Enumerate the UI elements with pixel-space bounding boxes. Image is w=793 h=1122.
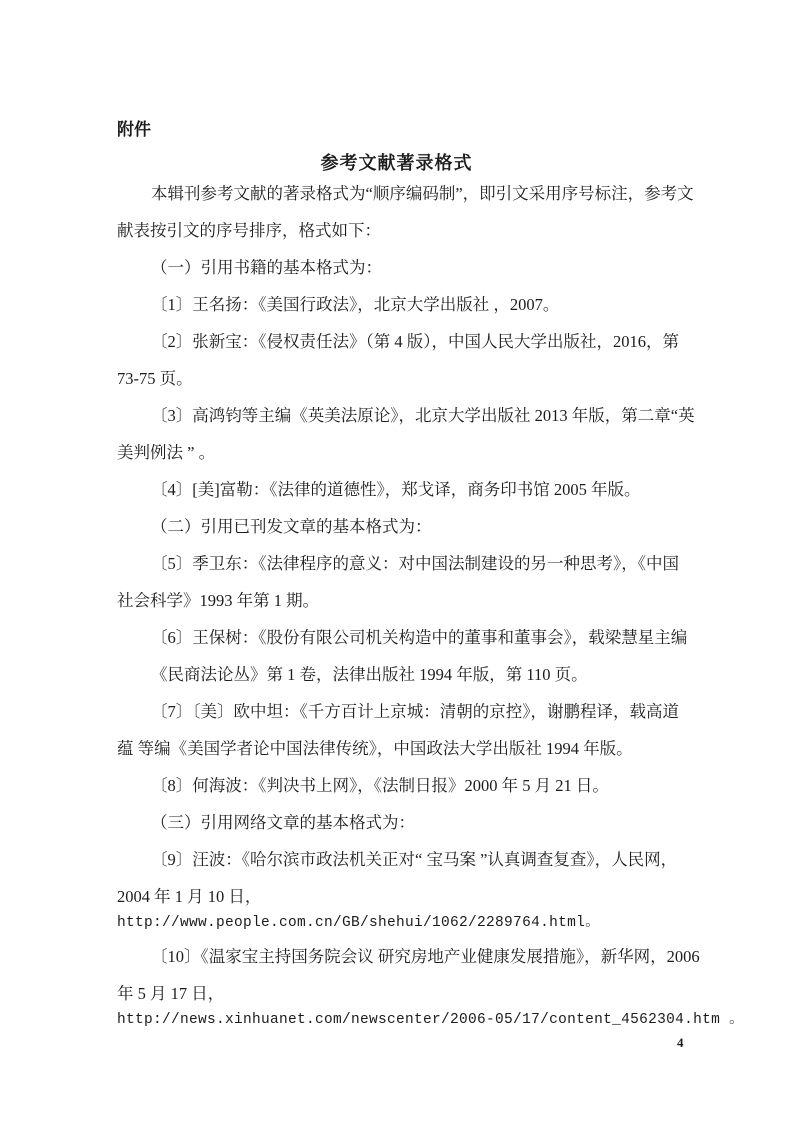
document-line: 本辑刊参考文献的著录格式为“顺序编码制”，即引文采用序号标注，参考文 <box>117 175 683 212</box>
document-line: 蕴 等编《美国学者论中国法律传统》，中国政法大学出版社 1994 年版。 <box>117 730 683 767</box>
document-line: 73-75 页。 <box>117 360 683 397</box>
url-text: http://www.people.com.cn/GB/shehui/1062/… <box>117 908 683 938</box>
document-line: 美判例法 ” 。 <box>117 434 683 471</box>
document-line: （一）引用书籍的基本格式为： <box>117 249 683 286</box>
url-text: http://news.xinhuanet.com/newscenter/200… <box>117 1005 683 1035</box>
document-line: 〔1〕王名扬：《美国行政法》，北京大学出版社 ，2007。 <box>117 286 683 323</box>
document-body: 本辑刊参考文献的著录格式为“顺序编码制”，即引文采用序号标注，参考文献表按引文的… <box>117 175 683 1035</box>
document-page: 附件 参考文献著录格式 本辑刊参考文献的著录格式为“顺序编码制”，即引文采用序号… <box>0 0 793 1122</box>
attachment-label: 附件 <box>117 118 151 142</box>
document-line: 〔2〕张新宝：《侵权责任法》（第 4 版），中国人民大学出版社，2016，第 <box>117 323 683 360</box>
document-title: 参考文献著录格式 <box>0 151 793 175</box>
document-line: 〔8〕何海波：《判决书上网》，《法制日报》2000 年 5 月 21 日。 <box>117 767 683 804</box>
document-line: 社会科学》1993 年第 1 期。 <box>117 582 683 619</box>
document-line: 〔10〕《温家宝主持国务院会议 研究房地产业健康发展措施》，新华网，2006 <box>117 938 683 975</box>
page-number: 4 <box>677 1033 684 1053</box>
document-line: （三）引用网络文章的基本格式为： <box>117 804 683 841</box>
document-line: 〔6〕王保树：《股份有限公司机关构造中的董事和董事会》，载梁慧星主编 <box>117 619 683 656</box>
document-line: 〔7〕〔美〕欧中坦：《千方百计上京城：清朝的京控》，谢鹏程译，载高道 <box>117 693 683 730</box>
document-line: 〔3〕高鸿钧等主编《英美法原论》，北京大学出版社 2013 年版，第二章“英 <box>117 397 683 434</box>
document-line: 〔4〕[美]富勒：《法律的道德性》，郑戈译，商务印书馆 2005 年版。 <box>117 471 683 508</box>
document-line: 献表按引文的序号排序，格式如下： <box>117 212 683 249</box>
document-line: （二）引用已刊发文章的基本格式为： <box>117 508 683 545</box>
document-line: 〔5〕季卫东：《法律程序的意义：对中国法制建设的另一种思考》，《中国 <box>117 545 683 582</box>
document-line: 〔9〕汪波：《哈尔滨市政法机关正对“ 宝马案 ”认真调查复查》，人民网， <box>117 841 683 878</box>
document-line: 《民商法论丛》第 1 卷，法律出版社 1994 年版，第 110 页。 <box>117 656 683 693</box>
